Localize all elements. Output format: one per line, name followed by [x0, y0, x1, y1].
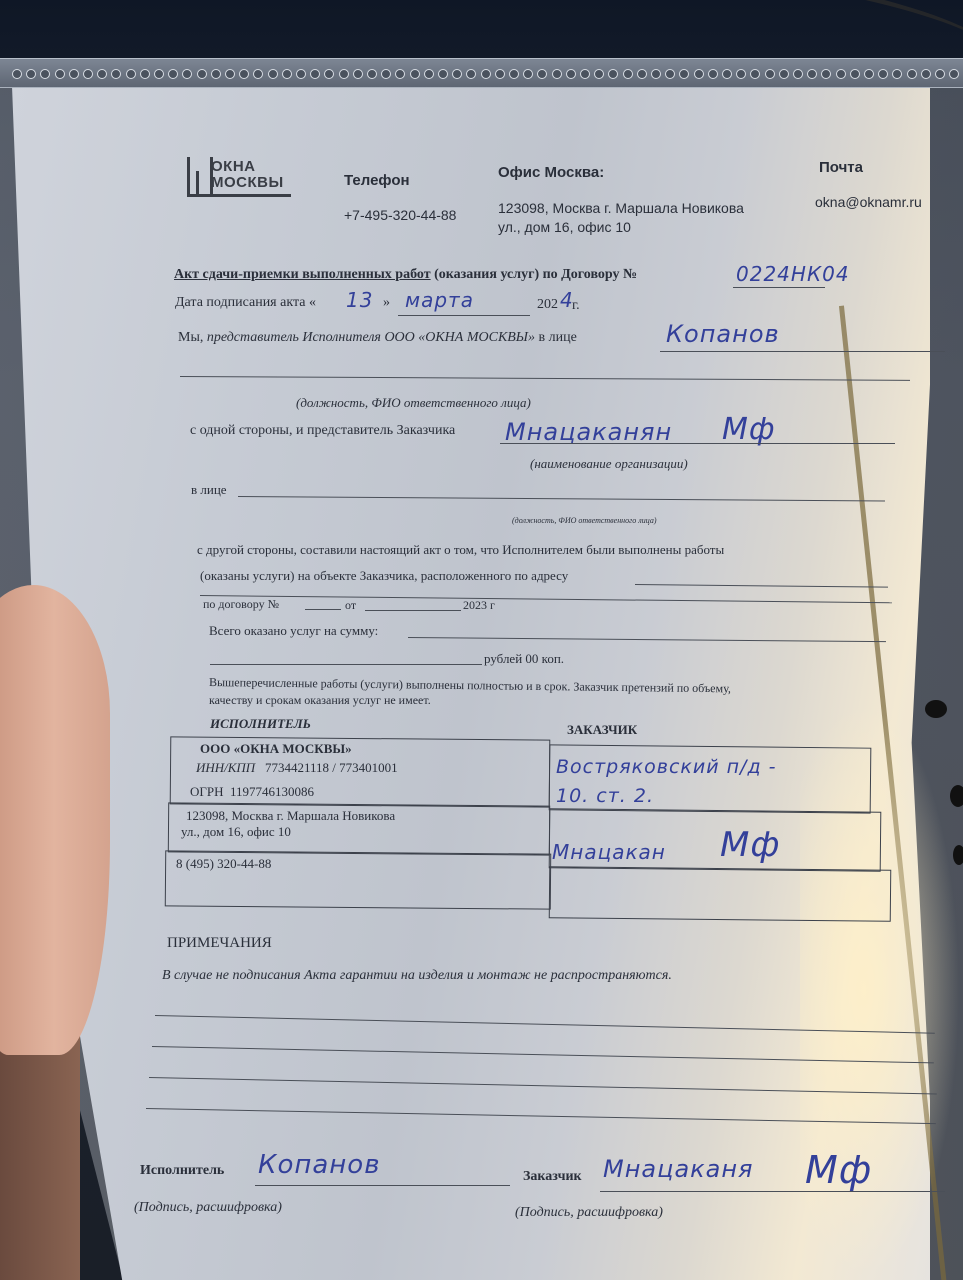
- perforation-hole: [324, 69, 334, 79]
- perforation-hole: [594, 69, 604, 79]
- in-person-label: в лице: [191, 482, 227, 498]
- executor-heading: ИСПОЛНИТЕЛЬ: [210, 716, 311, 732]
- act-title-suffix: (оказания услуг) по Договору №: [434, 267, 637, 282]
- phone-value: +7-495-320-44-88: [344, 207, 456, 223]
- perforation-hole: [679, 69, 689, 79]
- client-table-signature: Мнацакан: [552, 840, 666, 864]
- executor-sign-label: Исполнитель: [140, 1163, 224, 1179]
- perforation-hole: [878, 69, 888, 79]
- executor-signature-handwritten: Копанов: [258, 1150, 381, 1180]
- perforation-hole: [537, 69, 547, 79]
- perforation-hole: [722, 69, 732, 79]
- contract-ref-from: от: [345, 598, 356, 613]
- body-line1: с другой стороны, составили настоящий ак…: [197, 542, 724, 558]
- caption-position-small: (должность, ФИО ответственного лица): [512, 516, 657, 525]
- act-title-main: Акт сдачи-приемки выполненных работ: [174, 267, 431, 282]
- perforation-hole: [268, 69, 278, 79]
- act-title: Акт сдачи-приемки выполненных работ (ока…: [174, 267, 637, 283]
- logo-line1: ОКНА: [211, 159, 256, 174]
- perforation-hole: [750, 69, 760, 79]
- perforation-hole: [637, 69, 647, 79]
- date-year-suffix: г.: [572, 298, 580, 314]
- client-name-handwritten: Мнацаканян: [505, 418, 672, 446]
- perforation-hole: [253, 69, 263, 79]
- perforation-hole: [921, 69, 931, 79]
- perforation-hole: [736, 69, 746, 79]
- mail-label: Почта: [819, 159, 863, 176]
- perforation-hole: [140, 69, 150, 79]
- perforation-hole: [623, 69, 633, 79]
- perforation-hole: [197, 69, 207, 79]
- perforation-hole: [424, 69, 434, 79]
- date-label: Дата подписания акта «: [175, 295, 316, 310]
- perforation-hole: [97, 69, 107, 79]
- executor-phone: 8 (495) 320-44-88: [176, 856, 271, 872]
- client-sign-label: Заказчик: [523, 1169, 582, 1185]
- executor-ogrn: ОГРН 1197746130086: [190, 784, 314, 800]
- perforation-hole: [466, 69, 476, 79]
- perforation-hole: [69, 69, 79, 79]
- executor-sign-caption: (Подпись, расшифровка): [134, 1200, 282, 1216]
- client-table-signature-mark: Мф: [720, 825, 780, 865]
- caption-position: (должность, ФИО ответственного лица): [296, 395, 531, 411]
- contract-ref-label: по договору №: [203, 597, 279, 612]
- body-line2: (оказаны услуги) на объекте Заказчика, р…: [200, 568, 568, 584]
- contract-ref-year: 2023 г: [463, 598, 495, 613]
- date-quote: »: [383, 295, 390, 311]
- executor-statement: Мы, представитель Исполнителя ООО «ОКНА …: [178, 330, 577, 346]
- perforation-hole: [353, 69, 363, 79]
- date-day-handwritten: 13: [346, 288, 373, 312]
- perforation-hole: [807, 69, 817, 79]
- perforation-hole: [949, 69, 959, 79]
- perforation-hole: [40, 69, 50, 79]
- perforation-hole: [651, 69, 661, 79]
- client-address-handwritten-line2: 10. ст. 2.: [556, 785, 654, 807]
- perforation-hole: [395, 69, 405, 79]
- perforation-hole: [580, 69, 590, 79]
- perforation-hole: [452, 69, 462, 79]
- perforation-hole: [708, 69, 718, 79]
- caption-org: (наименование организации): [530, 456, 688, 472]
- perforation-hole: [864, 69, 874, 79]
- perforation-hole: [282, 69, 292, 79]
- perforation-hole: [367, 69, 377, 79]
- perforation-hole: [438, 69, 448, 79]
- client-address-handwritten-line1: Вострякoвский п/д -: [556, 756, 776, 778]
- perforation-hole: [495, 69, 505, 79]
- office-address-line1: 123098, Москва г. Маршала Новикова: [498, 200, 744, 216]
- contract-number-handwritten: 0224НК04: [736, 262, 850, 286]
- perforation-hole: [339, 69, 349, 79]
- sleeve-perforated-strip: [0, 58, 963, 88]
- sum-currency: рублей 00 коп.: [484, 651, 564, 667]
- client-side-label: с одной стороны, и представитель Заказчи…: [190, 423, 455, 439]
- perforation-hole: [907, 69, 917, 79]
- logo-line2: МОСКВЫ: [211, 175, 284, 190]
- perforation-hole: [26, 69, 36, 79]
- perforation-hole: [779, 69, 789, 79]
- executor-rep-handwritten: Копанов: [666, 320, 780, 348]
- company-logo: ОКНА МОСКВЫ: [187, 157, 297, 199]
- executor-address-line2: ул., дом 16, офис 10: [181, 824, 291, 840]
- perforation-hole: [182, 69, 192, 79]
- client-signature-mark: Мф: [805, 1148, 872, 1192]
- perforation-hole: [850, 69, 860, 79]
- perforation-hole: [126, 69, 136, 79]
- notes-text: В случае не подписания Акта гарантии на …: [162, 968, 672, 984]
- perforation-hole: [793, 69, 803, 79]
- perforation-hole: [225, 69, 235, 79]
- perforation-hole: [935, 69, 945, 79]
- perforation-hole: [665, 69, 675, 79]
- perforation-hole: [481, 69, 491, 79]
- perforation-hole: [836, 69, 846, 79]
- perforation-hole: [821, 69, 831, 79]
- perforation-hole: [552, 69, 562, 79]
- office-address-line2: ул., дом 16, офис 10: [498, 219, 631, 235]
- perforation-hole: [55, 69, 65, 79]
- office-label: Офис Москва:: [498, 164, 604, 181]
- perforation-hole: [154, 69, 164, 79]
- executor-inn: ИНН/КПП 7734421118 / 773401001: [196, 760, 398, 776]
- client-signature-handwritten: Мнацаканя: [603, 1155, 753, 1183]
- mail-value: okna@oknamr.ru: [815, 194, 922, 210]
- perforation-hole: [211, 69, 221, 79]
- client-sign-handwritten: Мф: [722, 412, 776, 447]
- perforation-hole: [765, 69, 775, 79]
- date-year-printed: 202: [537, 297, 558, 313]
- client-heading: ЗАКАЗЧИК: [567, 722, 637, 738]
- logo-mark-icon: [187, 157, 213, 195]
- perforation-hole: [410, 69, 420, 79]
- perforation-hole: [239, 69, 249, 79]
- perforation-hole: [694, 69, 704, 79]
- perforation-hole: [608, 69, 618, 79]
- perforation-hole: [523, 69, 533, 79]
- perforation-hole: [381, 69, 391, 79]
- perforation-hole: [566, 69, 576, 79]
- executor-name: ООО «ОКНА МОСКВЫ»: [200, 741, 352, 757]
- perforation-hole: [509, 69, 519, 79]
- completion-line2: качеству и срокам оказания услуг не имее…: [209, 693, 431, 708]
- sum-label: Всего оказано услуг на сумму:: [209, 623, 378, 639]
- perforation-hole: [111, 69, 121, 79]
- perforation-hole: [296, 69, 306, 79]
- client-sign-caption: (Подпись, расшифровка): [515, 1205, 663, 1221]
- executor-address-line1: 123098, Москва г. Маршала Новикова: [186, 808, 395, 824]
- perforation-hole: [168, 69, 178, 79]
- perforation-hole: [83, 69, 93, 79]
- notes-heading: ПРИМЕЧАНИЯ: [167, 935, 272, 952]
- perforation-hole: [12, 69, 22, 79]
- hand-thumb: [0, 585, 110, 1055]
- date-month-handwritten: марта: [405, 288, 474, 312]
- perforation-hole: [310, 69, 320, 79]
- phone-label: Телефон: [344, 172, 410, 189]
- perforation-hole: [892, 69, 902, 79]
